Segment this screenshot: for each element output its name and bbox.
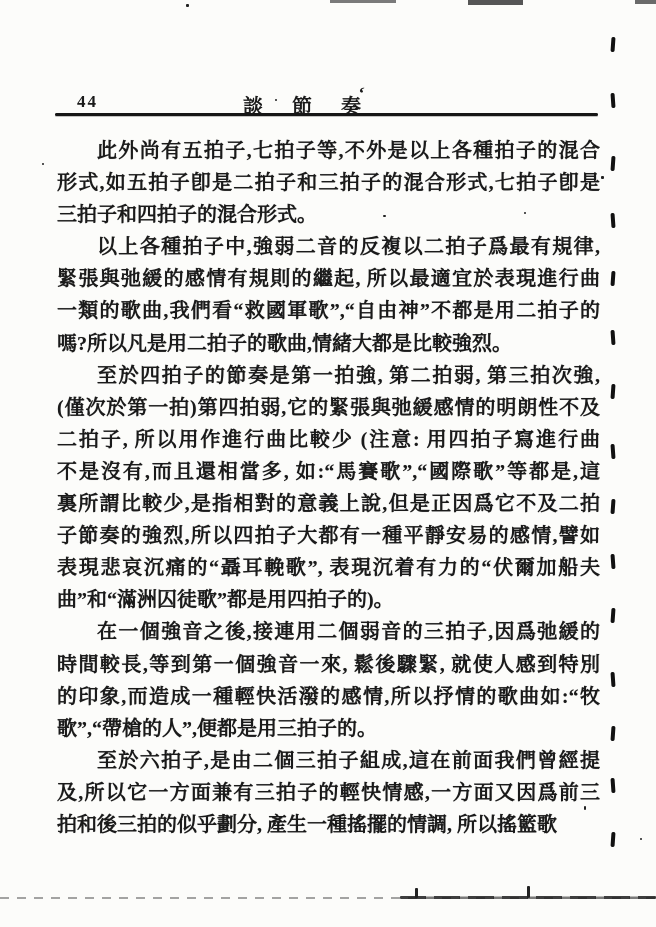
- ink-speck: [42, 163, 44, 165]
- text-line: 嗎?所以凡是用二拍子的歌曲,情緒大都是比較強烈。: [57, 328, 600, 360]
- text-line: (僅次於第一拍)第四拍弱,它的緊張與弛緩感情的明朗性不及: [57, 392, 600, 424]
- stitch-mark: [610, 554, 615, 569]
- scan-edge-bar: [330, 0, 396, 3]
- text-line: 時間較長,等到第一個強音一來, 鬆後驟緊, 就使人感到特別: [57, 649, 600, 681]
- text-line: 緊張與弛緩的感情有規則的繼起, 所以最適宜於表現進行曲: [57, 263, 600, 295]
- stitch-mark: [610, 271, 615, 286]
- text-line: 此外尚有五拍子,七拍子等,不外是以上各種拍子的混合: [57, 135, 600, 167]
- text-line: 子節奏的強烈,所以四拍子大都有一種平靜安易的感情,譬如: [57, 520, 600, 552]
- text-line: 在一個強音之後,接連用二個弱音的三拍子,因爲弛緩的: [57, 616, 600, 648]
- scan-edge-bar: [468, 0, 523, 5]
- stitch-mark: [610, 156, 615, 171]
- stitch-mark: [610, 608, 615, 623]
- ink-speck: [524, 212, 526, 214]
- text-line: 表現悲哀沉痛的“聶耳輓歌”, 表現沉着有力的“伏爾加船夫: [57, 552, 600, 584]
- stitch-mark: [610, 213, 615, 228]
- scanned-page: 44 談節奏 ‘ 此外尚有五拍子,七拍子等,不外是以上各種拍子的混合 形式,如五…: [0, 0, 656, 927]
- ink-speck: [601, 176, 604, 179]
- text-line: 三拍子和四拍子的混合形式。: [57, 199, 600, 231]
- stitch-mark: [610, 330, 615, 345]
- ink-speck: [275, 99, 277, 101]
- body-text: 此外尚有五拍子,七拍子等,不外是以上各種拍子的混合 形式,如五拍子卽是二拍子和三…: [57, 135, 600, 841]
- stitch-mark: [610, 37, 615, 52]
- scan-edge-bar: [635, 0, 656, 4]
- ink-speck: [640, 838, 642, 840]
- text-line: 拍和後三拍的似乎劃分, 產生一種搖擺的情調, 所以搖籃歌: [57, 809, 600, 841]
- ink-speck: [584, 806, 586, 810]
- text-line: 至於四拍子的節奏是第一拍強, 第二拍弱, 第三拍次強,: [57, 360, 600, 392]
- text-line: 以上各種拍子中,強弱二音的反複以二拍子爲最有規律,: [57, 231, 600, 263]
- text-line: 歌”,“帶槍的人”,便都是用三拍子的。: [57, 713, 600, 745]
- stitch-mark: [610, 832, 615, 847]
- ink-speck: [383, 215, 386, 217]
- text-line: 及,所以它一方面兼有三拍子的輕快情感,一方面又因爲前三: [57, 777, 600, 809]
- stitch-mark: [610, 384, 615, 399]
- stitch-mark: [610, 499, 615, 514]
- text-line: 不是沒有,而且還相當多, 如:“馬賽歌”,“國際歌”等都是,這: [57, 456, 600, 488]
- header-rule: [55, 113, 598, 116]
- stitch-mark: [610, 778, 615, 793]
- stitch-mark: [610, 726, 615, 741]
- text-line: 形式,如五拍子卽是二拍子和三拍子的混合形式,七拍子卽是: [57, 167, 600, 199]
- text-line: 二拍子, 所以用作進行曲比較少 (注意: 用四拍子寫進行曲: [57, 424, 600, 456]
- text-line: 至於六拍子,是由二個三拍子組成,這在前面我們曾經提: [57, 745, 600, 777]
- stitch-mark: [610, 444, 615, 459]
- stitch-mark: [610, 672, 615, 687]
- stitch-mark: [610, 93, 615, 108]
- text-line: 一類的歌曲,我們看“救國軍歌”,“自由神”不都是用二拍子的: [57, 295, 600, 327]
- text-line: 的印象,而造成一種輕快活潑的感情,所以抒情的歌曲如:“牧: [57, 681, 600, 713]
- text-line: 曲”和“滿洲囚徒歌”都是用四拍子的)。: [57, 584, 600, 616]
- page-number: 44: [77, 92, 98, 112]
- bottom-broken-line-dark: [400, 896, 656, 899]
- text-line: 裏所謂比較少,是指相對的意義上說,但是正因爲它不及二拍: [57, 488, 600, 520]
- ink-speck: [186, 4, 189, 7]
